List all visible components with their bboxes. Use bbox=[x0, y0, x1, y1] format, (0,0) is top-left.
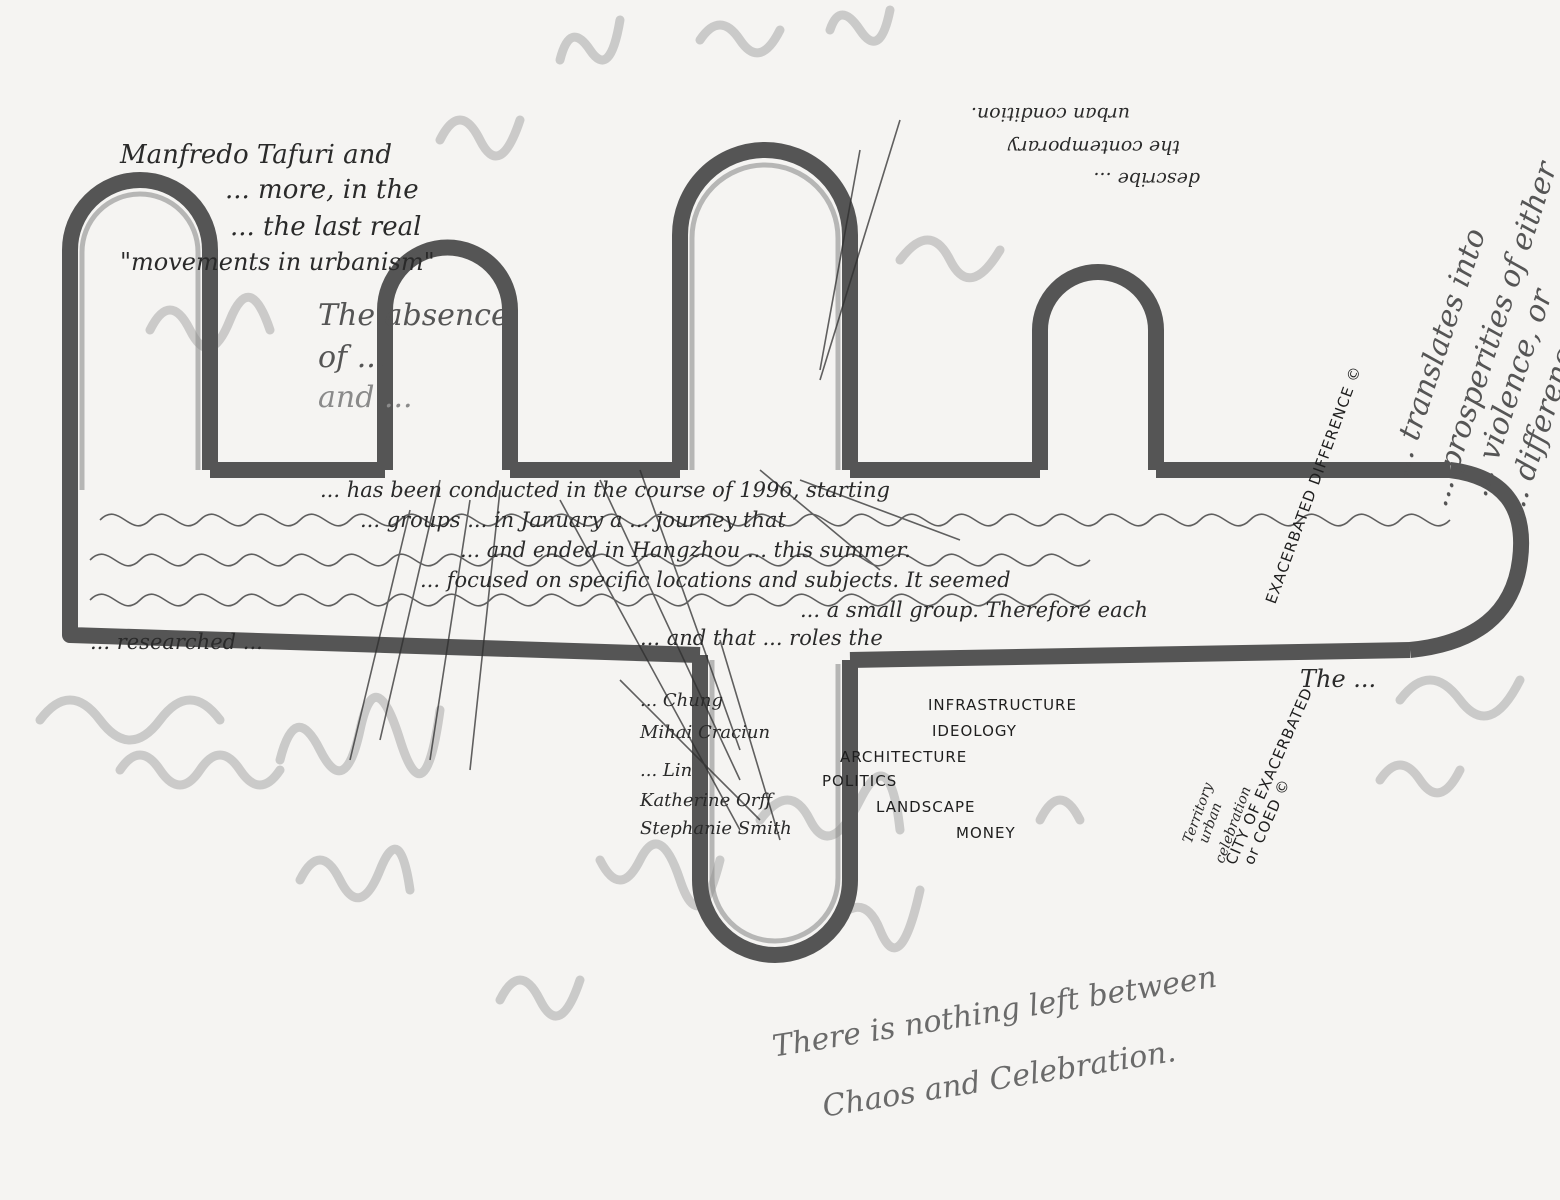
keyword-architecture: ARCHITECTURE bbox=[840, 748, 967, 766]
text-absence-1: The absence bbox=[318, 298, 509, 333]
name-4: Katherine Orff bbox=[640, 790, 772, 811]
keyword-ideology: IDEOLOGY bbox=[932, 722, 1017, 740]
text-upside-3: describe ... bbox=[1093, 168, 1200, 190]
text-the-right: The ... bbox=[1300, 665, 1376, 693]
keyword-landscape: LANDSCAPE bbox=[876, 798, 976, 816]
text-top-left-2: ... more, in the bbox=[225, 175, 419, 205]
text-upside-2: the contemporary bbox=[1008, 136, 1180, 158]
keyword-money: MONEY bbox=[956, 824, 1016, 842]
text-top-left-1: Manfredo Tafuri and bbox=[120, 140, 392, 170]
keyword-infrastructure: INFRASTRUCTURE bbox=[928, 696, 1077, 714]
text-top-left-4: "movements in urbanism" bbox=[120, 248, 435, 276]
text-absence-2: of ... bbox=[318, 340, 385, 375]
para-line-3: ... and ended in Hangzhou ... this summe… bbox=[460, 538, 911, 562]
name-1: ... Chung bbox=[640, 690, 723, 711]
keyword-politics: POLITICS bbox=[822, 772, 897, 790]
text-absence-3: and ... bbox=[318, 380, 413, 415]
name-3: ... Lin bbox=[640, 760, 692, 781]
para-line-1: ... has been conducted in the course of … bbox=[320, 478, 890, 502]
text-top-left-3: ... the last real bbox=[230, 212, 421, 242]
para-line-5: ... a small group. Therefore each bbox=[800, 598, 1148, 622]
para-line-4: ... focused on specific locations and su… bbox=[420, 568, 1011, 592]
para-line-7: ... researched ... bbox=[90, 630, 263, 654]
text-upside-1: urban condition. bbox=[971, 103, 1130, 125]
para-line-6: ... and that ... roles the bbox=[640, 626, 883, 650]
para-line-2: ... groups ... in January a ... journey … bbox=[360, 508, 786, 532]
name-2: Mihai Craciun bbox=[640, 722, 770, 743]
name-5: Stephanie Smith bbox=[640, 818, 792, 839]
